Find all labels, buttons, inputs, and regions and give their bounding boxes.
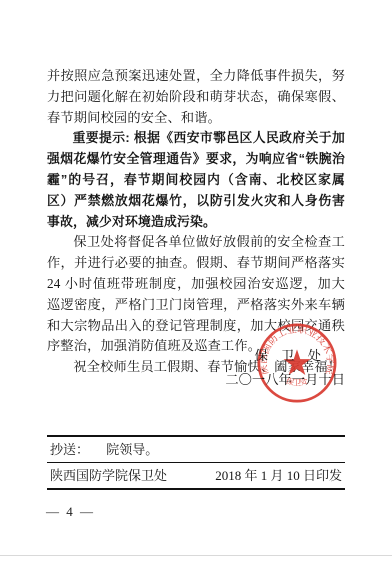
page-bottom-edge xyxy=(0,555,392,556)
paragraph-continuation: 并按照应急预案迅速处置，全力降低事件损失，努力把问题化解在初始阶段和萌芽状态，确… xyxy=(47,66,345,128)
copy-to-value: 院领导。 xyxy=(106,442,158,457)
signature-department: 保 卫 处 xyxy=(255,345,321,364)
page-number: — 4 — xyxy=(46,504,95,520)
issuer-row: 陕西国防学院保卫处 2018 年 1 月 10 日印发 xyxy=(47,463,345,490)
print-date: 2018 年 1 月 10 日印发 xyxy=(215,463,342,488)
copy-to-row: 抄送： 院领导。 xyxy=(47,435,345,463)
paragraph-important-notice: 重要提示: 根据《西安市鄠邑区人民政府关于加强烟花爆竹安全管理通告》要求，为响应… xyxy=(47,128,345,232)
document-page: 并按照应急预案迅速处置，全力降低事件损失，努力把问题化解在初始阶段和萌芽状态，确… xyxy=(0,0,392,562)
document-footer: 抄送： 院领导。 陕西国防学院保卫处 2018 年 1 月 10 日印发 xyxy=(47,435,345,490)
issuer-name: 陕西国防学院保卫处 xyxy=(50,463,167,488)
copy-to-label: 抄送： xyxy=(50,442,89,457)
signature-date: 二〇一八年一月十日 xyxy=(225,369,345,388)
